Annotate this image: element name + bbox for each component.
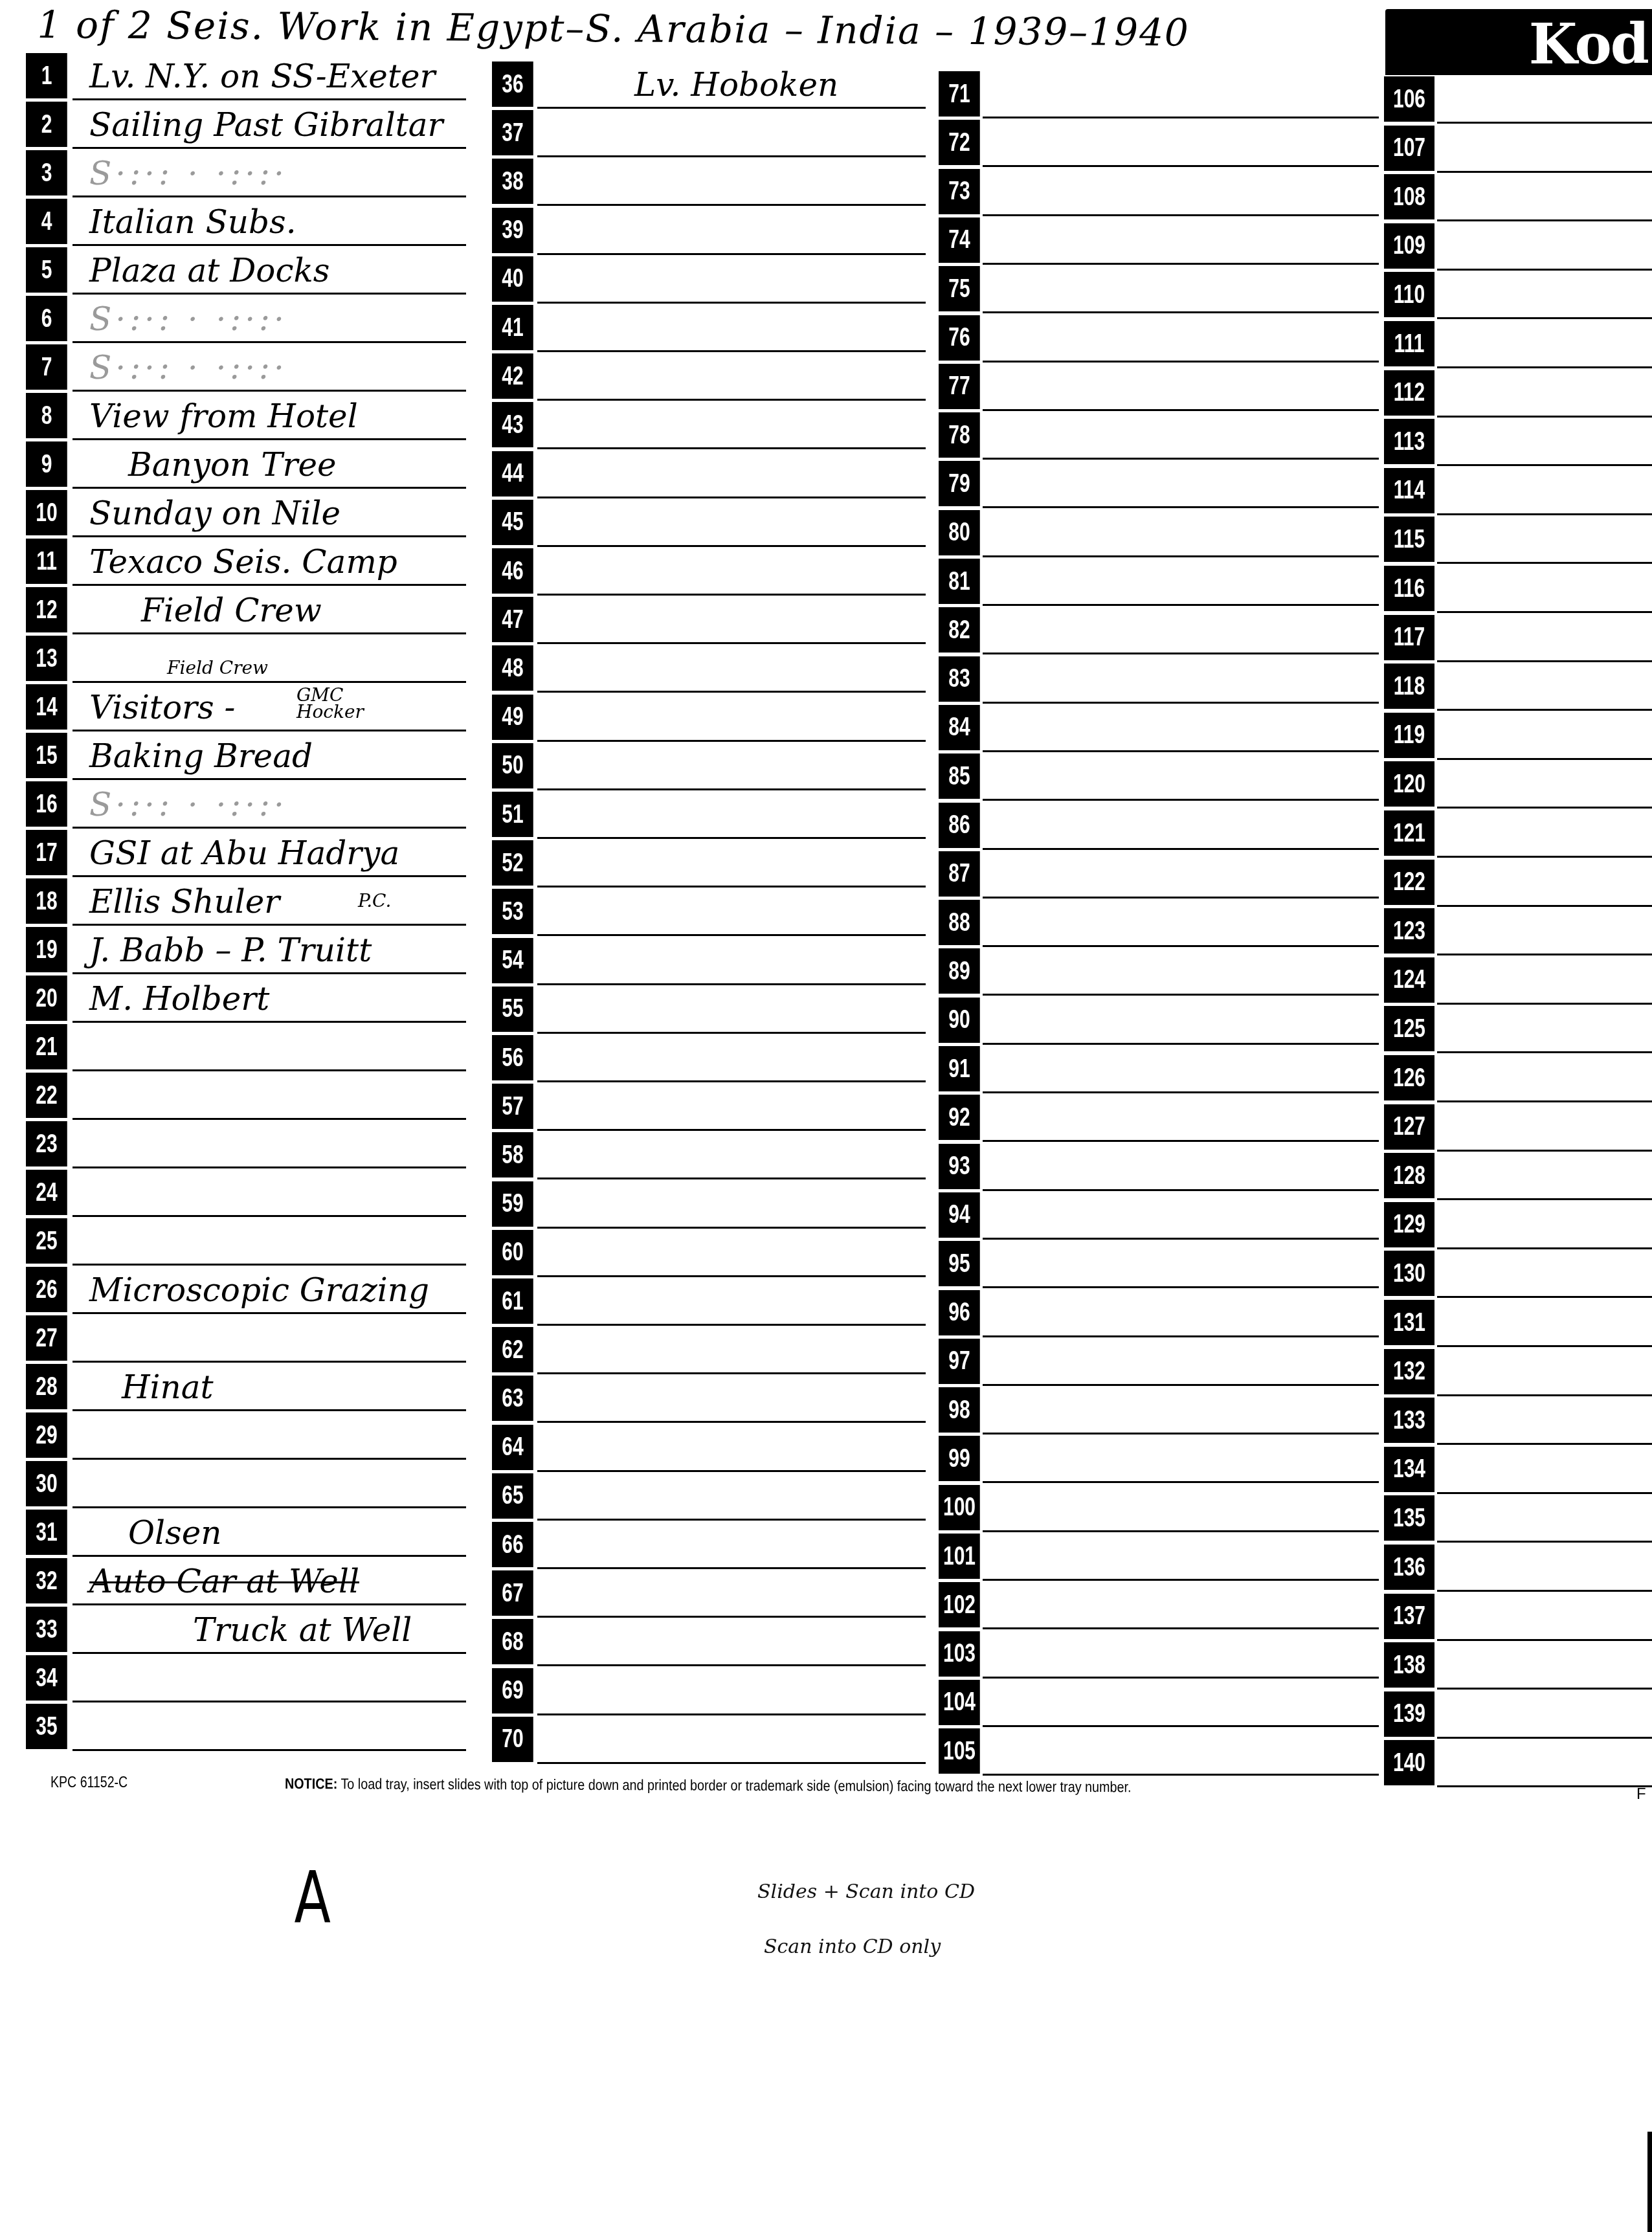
slot-caption: Sunday on Nile <box>89 494 340 533</box>
slot-number: 107 <box>1384 126 1434 171</box>
slot-number: 2 <box>26 102 67 147</box>
slot-number: 16 <box>26 781 67 827</box>
slot-number: 14 <box>26 684 67 730</box>
slot-number: 64 <box>492 1425 533 1470</box>
slot-number: 75 <box>939 266 980 311</box>
slot-number: 86 <box>939 803 980 848</box>
slot-divider <box>537 1421 926 1423</box>
slot-number: 88 <box>939 900 980 945</box>
slot-number: 104 <box>939 1680 980 1725</box>
slot-number: 1 <box>26 53 67 98</box>
slot-number: 90 <box>939 998 980 1043</box>
slot-caption: GSI at Abu Hadrya <box>89 834 399 873</box>
note-line-1: Slides + Scan into CD <box>757 1880 975 1903</box>
slot-number: 92 <box>939 1095 980 1140</box>
slot-divider <box>73 487 466 489</box>
slot-number: 15 <box>26 733 67 778</box>
slot-divider <box>1437 1688 1652 1690</box>
slot-divider <box>537 1664 926 1666</box>
slot-divider <box>537 1324 926 1326</box>
slot-divider <box>983 848 1379 850</box>
slot-number: 26 <box>26 1267 67 1312</box>
slot-number: 134 <box>1384 1447 1434 1492</box>
slot-divider <box>537 983 926 985</box>
slot-divider <box>1437 1590 1652 1592</box>
slot-number: 125 <box>1384 1006 1434 1051</box>
slot-divider <box>983 1140 1379 1142</box>
slot-divider <box>537 1372 926 1374</box>
slot-divider <box>73 390 466 392</box>
slot-divider <box>73 535 466 537</box>
slot-number: 49 <box>492 695 533 740</box>
slot-number: 12 <box>26 587 67 632</box>
slot-divider <box>537 302 926 304</box>
slot-number: 135 <box>1384 1495 1434 1541</box>
slot-number: 28 <box>26 1364 67 1409</box>
slot-number: 70 <box>492 1717 533 1762</box>
slot-number: 110 <box>1384 272 1434 317</box>
slot-divider <box>537 107 926 109</box>
slot-caption: J. Babb – P. Truitt <box>89 931 372 970</box>
slot-number: 21 <box>26 1024 67 1069</box>
slot-number: 112 <box>1384 370 1434 416</box>
slot-number: 72 <box>939 120 980 165</box>
slot-number: 113 <box>1384 419 1434 464</box>
slot-divider <box>1437 758 1652 760</box>
slot-number: 102 <box>939 1582 980 1627</box>
slot-divider <box>537 1519 926 1521</box>
slot-number: 139 <box>1384 1691 1434 1737</box>
slot-number: 32 <box>26 1558 67 1603</box>
slot-divider <box>537 886 926 887</box>
slot-divider <box>1437 1198 1652 1200</box>
slot-number: 43 <box>492 402 533 447</box>
slot-divider <box>537 350 926 352</box>
slot-number: 105 <box>939 1728 980 1774</box>
slot-number: 85 <box>939 753 980 799</box>
slot-number: 73 <box>939 169 980 214</box>
slot-divider <box>1437 464 1652 466</box>
slot-number: 60 <box>492 1230 533 1275</box>
slot-divider <box>983 702 1379 704</box>
slot-number: 36 <box>492 61 533 107</box>
slot-divider <box>537 642 926 644</box>
slot-divider <box>73 1603 466 1605</box>
slot-divider <box>1437 1541 1652 1543</box>
slot-divider <box>983 361 1379 363</box>
slot-divider <box>73 244 466 246</box>
slot-number: 94 <box>939 1192 980 1238</box>
slot-divider <box>537 1567 926 1569</box>
slot-number: 20 <box>26 976 67 1021</box>
slot-caption: Texaco Seis. Camp <box>89 542 397 581</box>
slot-number: 79 <box>939 461 980 506</box>
slot-divider <box>1437 1296 1652 1298</box>
slot-divider <box>537 691 926 693</box>
slot-number: 77 <box>939 364 980 409</box>
slot-divider <box>73 147 466 149</box>
slot-number: 66 <box>492 1522 533 1567</box>
slot-divider <box>983 214 1379 216</box>
slot-divider <box>1437 1639 1652 1641</box>
slot-divider <box>1437 269 1652 271</box>
slot-number: 93 <box>939 1144 980 1189</box>
scan-edge-shadow <box>1647 2132 1652 2232</box>
slot-divider <box>537 1762 926 1764</box>
slot-number: 31 <box>26 1510 67 1555</box>
slot-divider <box>983 897 1379 898</box>
slot-caption: S·:·: · ·:·:· <box>89 154 288 193</box>
slot-number: 87 <box>939 851 980 897</box>
slot-caption: Plaza at Docks <box>89 251 329 290</box>
slot-number: 69 <box>492 1668 533 1713</box>
slot-number: 132 <box>1384 1349 1434 1394</box>
slot-number: 96 <box>939 1290 980 1335</box>
slot-divider <box>73 1361 466 1363</box>
slot-caption: Field Crew <box>167 649 268 687</box>
slot-divider <box>983 1384 1379 1386</box>
slot-number: 138 <box>1384 1642 1434 1688</box>
slot-divider <box>1437 1394 1652 1396</box>
slot-caption: Banyon Tree <box>128 445 337 484</box>
note-line-2: Scan into CD only <box>764 1936 941 1958</box>
slot-divider <box>1437 660 1652 662</box>
slot-divider <box>1437 1345 1652 1347</box>
slot-divider <box>537 204 926 206</box>
slot-number: 55 <box>492 987 533 1032</box>
slot-divider <box>537 1227 926 1229</box>
slot-number: 67 <box>492 1570 533 1616</box>
slot-number: 45 <box>492 500 533 545</box>
slot-divider <box>983 1725 1379 1727</box>
form-code: KPC 61152-C <box>50 1774 128 1791</box>
slot-number: 100 <box>939 1485 980 1530</box>
slot-divider <box>73 1069 466 1071</box>
slot-divider <box>73 1166 466 1168</box>
slot-caption: S·:·: · ·:·:· <box>89 348 288 387</box>
slot-divider <box>73 730 466 731</box>
slot-number: 71 <box>939 71 980 117</box>
slot-caption: Lv. Hoboken <box>634 65 838 104</box>
slot-number: 19 <box>26 927 67 972</box>
slot-divider <box>73 632 466 634</box>
slot-number: 27 <box>26 1315 67 1361</box>
slot-number: 130 <box>1384 1251 1434 1296</box>
slot-number: 62 <box>492 1327 533 1372</box>
slot-number: 5 <box>26 247 67 293</box>
slot-caption: S·:·: · ·:·:· <box>89 300 288 339</box>
slot-divider <box>537 1129 926 1131</box>
slot-number: 119 <box>1384 713 1434 758</box>
slot-number: 101 <box>939 1534 980 1579</box>
slot-divider <box>73 341 466 343</box>
slot-number: 89 <box>939 948 980 994</box>
slot-divider <box>983 1335 1379 1337</box>
slot-divider <box>983 799 1379 801</box>
slot-number: 116 <box>1384 566 1434 611</box>
slot-caption: Ellis Shuler <box>89 882 280 921</box>
slot-number: 140 <box>1384 1740 1434 1785</box>
slot-divider <box>983 555 1379 557</box>
slot-number: 56 <box>492 1035 533 1080</box>
slot-number: 42 <box>492 353 533 399</box>
slot-divider <box>1437 905 1652 907</box>
slot-divider <box>537 788 926 790</box>
slot-number: 84 <box>939 705 980 750</box>
slot-number: 30 <box>26 1461 67 1506</box>
slot-divider <box>73 1701 466 1702</box>
slot-divider <box>73 1215 466 1217</box>
slot-divider <box>1437 1051 1652 1053</box>
slot-divider <box>983 1677 1379 1679</box>
slot-divider <box>1437 366 1652 368</box>
slot-divider <box>537 1275 926 1277</box>
slot-number: 57 <box>492 1084 533 1129</box>
slot-number: 53 <box>492 889 533 934</box>
slot-divider <box>1437 562 1652 564</box>
slot-caption: Hinat <box>122 1368 214 1407</box>
slot-number: 65 <box>492 1473 533 1519</box>
slot-caption: M. Holbert <box>89 979 269 1018</box>
slot-caption: Lv. N.Y. on SS-Exeter <box>89 57 436 96</box>
slot-divider <box>1437 1003 1652 1005</box>
slot-caption: S·:·: · ·:·:· <box>89 785 288 824</box>
slot-number: 76 <box>939 315 980 361</box>
slot-divider <box>537 1032 926 1034</box>
kodak-logo: Kod <box>1385 9 1652 75</box>
slot-number: 137 <box>1384 1594 1434 1639</box>
slot-number: 50 <box>492 743 533 788</box>
slot-number: 33 <box>26 1607 67 1652</box>
slot-divider <box>73 1506 466 1508</box>
slot-number: 133 <box>1384 1398 1434 1443</box>
slot-divider <box>1437 122 1652 124</box>
slot-divider <box>73 1021 466 1023</box>
slot-divider <box>537 1177 926 1179</box>
slot-number: 7 <box>26 344 67 390</box>
slot-divider <box>983 1481 1379 1483</box>
slot-divider <box>1437 1247 1652 1249</box>
slot-divider <box>73 195 466 197</box>
slot-divider <box>1437 709 1652 711</box>
slot-caption: Sailing Past Gibraltar <box>89 106 443 144</box>
slot-number: 129 <box>1384 1202 1434 1247</box>
notice-label: NOTICE: <box>285 1775 337 1792</box>
slot-divider <box>537 1470 926 1472</box>
slot-number: 54 <box>492 938 533 983</box>
slot-divider <box>1437 1785 1652 1787</box>
slot-divider <box>1437 416 1652 418</box>
slot-divider <box>983 458 1379 460</box>
slot-divider <box>1437 513 1652 515</box>
slot-divider <box>73 293 466 295</box>
slot-divider <box>983 1627 1379 1629</box>
slot-number: 51 <box>492 792 533 837</box>
slot-number: 98 <box>939 1387 980 1433</box>
slot-number: 24 <box>26 1170 67 1215</box>
slot-divider <box>73 924 466 926</box>
slot-divider <box>983 1530 1379 1532</box>
slot-number: 58 <box>492 1132 533 1177</box>
margin-mark: A <box>294 1857 330 1939</box>
slot-number: 41 <box>492 305 533 350</box>
slot-divider <box>983 165 1379 167</box>
slot-number: 118 <box>1384 664 1434 709</box>
slot-number: 126 <box>1384 1055 1434 1100</box>
slot-divider <box>73 875 466 877</box>
slot-number: 131 <box>1384 1300 1434 1345</box>
slot-caption: Field Crew <box>141 591 322 630</box>
slot-number: 78 <box>939 412 980 458</box>
slot-divider <box>1437 219 1652 221</box>
slot-divider <box>73 1264 466 1266</box>
slot-number: 47 <box>492 597 533 642</box>
slot-number: 108 <box>1384 174 1434 219</box>
slot-divider <box>73 1409 466 1411</box>
slot-divider <box>73 1458 466 1460</box>
slot-number: 103 <box>939 1631 980 1677</box>
slot-divider <box>537 1713 926 1715</box>
slot-divider <box>537 740 926 742</box>
slot-number: 81 <box>939 559 980 604</box>
slot-divider <box>537 594 926 596</box>
slot-divider <box>1437 1100 1652 1102</box>
slot-number: 4 <box>26 199 67 244</box>
slot-divider <box>73 972 466 974</box>
slot-number: 127 <box>1384 1104 1434 1150</box>
slot-number: 124 <box>1384 957 1434 1003</box>
slot-number: 128 <box>1384 1153 1434 1198</box>
slot-divider <box>1437 317 1652 319</box>
slot-divider <box>73 1118 466 1120</box>
slot-divider <box>983 1043 1379 1045</box>
slot-divider <box>983 506 1379 508</box>
slot-divider <box>73 584 466 586</box>
load-tray-notice: NOTICE: To load tray, insert slides with… <box>285 1775 1132 1796</box>
slot-divider <box>1437 856 1652 858</box>
slot-number: 13 <box>26 636 67 681</box>
page-title: 1 of 2 Seis. Work in Egypt–S. Arabia – I… <box>38 3 1190 54</box>
slot-number: 123 <box>1384 908 1434 954</box>
slot-divider <box>537 253 926 255</box>
slot-number: 6 <box>26 296 67 341</box>
slot-divider <box>537 934 926 936</box>
slot-number: 120 <box>1384 761 1434 807</box>
slot-divider <box>983 1238 1379 1240</box>
slot-number: 37 <box>492 110 533 155</box>
slot-number: 74 <box>939 218 980 263</box>
slot-number: 35 <box>26 1704 67 1749</box>
slot-divider <box>73 778 466 780</box>
slot-caption: Auto Car at Well <box>89 1562 359 1601</box>
slot-divider <box>983 263 1379 265</box>
slot-divider <box>537 1616 926 1618</box>
slot-divider <box>983 409 1379 411</box>
slot-divider <box>1437 1150 1652 1152</box>
slot-divider <box>73 827 466 829</box>
slot-caption: Italian Subs. <box>89 203 296 241</box>
slot-caption: Olsen <box>128 1513 221 1552</box>
slot-caption: Microscopic Grazing <box>89 1271 429 1310</box>
slot-number: 59 <box>492 1181 533 1227</box>
slot-divider <box>73 681 466 683</box>
slot-divider <box>983 1433 1379 1434</box>
slot-divider <box>983 311 1379 313</box>
slot-number: 10 <box>26 490 67 535</box>
slot-divider <box>1437 611 1652 613</box>
slot-divider <box>1437 807 1652 809</box>
slot-number: 83 <box>939 656 980 702</box>
slot-caption: View from Hotel <box>89 397 358 436</box>
slot-divider <box>1437 1737 1652 1739</box>
slot-number: 95 <box>939 1241 980 1286</box>
slot-number: 11 <box>26 539 67 584</box>
slot-number: 68 <box>492 1619 533 1664</box>
slot-caption: Truck at Well <box>193 1611 412 1649</box>
slot-divider <box>537 837 926 839</box>
edge-letter: F <box>1636 1785 1646 1803</box>
slot-divider <box>537 399 926 401</box>
slot-number: 80 <box>939 510 980 555</box>
slot-divider <box>1437 954 1652 955</box>
slot-divider <box>537 497 926 498</box>
slot-number: 23 <box>26 1121 67 1166</box>
slot-divider <box>983 1286 1379 1288</box>
slot-number: 99 <box>939 1436 980 1481</box>
slot-number: 117 <box>1384 615 1434 660</box>
slot-number: 111 <box>1384 321 1434 366</box>
slot-number: 48 <box>492 645 533 691</box>
slot-number: 39 <box>492 208 533 253</box>
slot-number: 91 <box>939 1046 980 1091</box>
slot-caption: Baking Bread <box>89 737 313 776</box>
slot-number: 18 <box>26 878 67 924</box>
slot-number: 52 <box>492 840 533 886</box>
slot-number: 9 <box>26 441 67 487</box>
slot-caption: Visitors - <box>89 688 235 727</box>
slot-annotation: GMC Hocker <box>296 687 364 720</box>
slot-number: 106 <box>1384 76 1434 122</box>
slot-number: 82 <box>939 607 980 653</box>
slot-number: 3 <box>26 150 67 195</box>
slot-divider <box>73 98 466 100</box>
slot-number: 40 <box>492 256 533 302</box>
slot-number: 136 <box>1384 1545 1434 1590</box>
slot-divider <box>73 1652 466 1654</box>
slot-divider <box>73 1555 466 1557</box>
slot-divider <box>1437 1492 1652 1494</box>
slot-number: 97 <box>939 1339 980 1384</box>
slot-divider <box>983 945 1379 947</box>
slot-number: 121 <box>1384 810 1434 856</box>
slot-number: 46 <box>492 548 533 594</box>
slot-number: 22 <box>26 1073 67 1118</box>
slot-annotation: P.C. <box>358 890 391 911</box>
slot-divider <box>983 604 1379 606</box>
slot-number: 38 <box>492 159 533 204</box>
slot-number: 114 <box>1384 468 1434 513</box>
slot-number: 122 <box>1384 860 1434 905</box>
slot-number: 61 <box>492 1278 533 1324</box>
slot-divider <box>983 1189 1379 1191</box>
slot-divider <box>983 1091 1379 1093</box>
slot-number: 115 <box>1384 517 1434 562</box>
brand-text: Kod <box>1529 12 1648 77</box>
slot-divider <box>1437 1443 1652 1445</box>
slot-number: 34 <box>26 1655 67 1701</box>
slot-divider <box>983 750 1379 752</box>
slot-divider <box>537 155 926 157</box>
